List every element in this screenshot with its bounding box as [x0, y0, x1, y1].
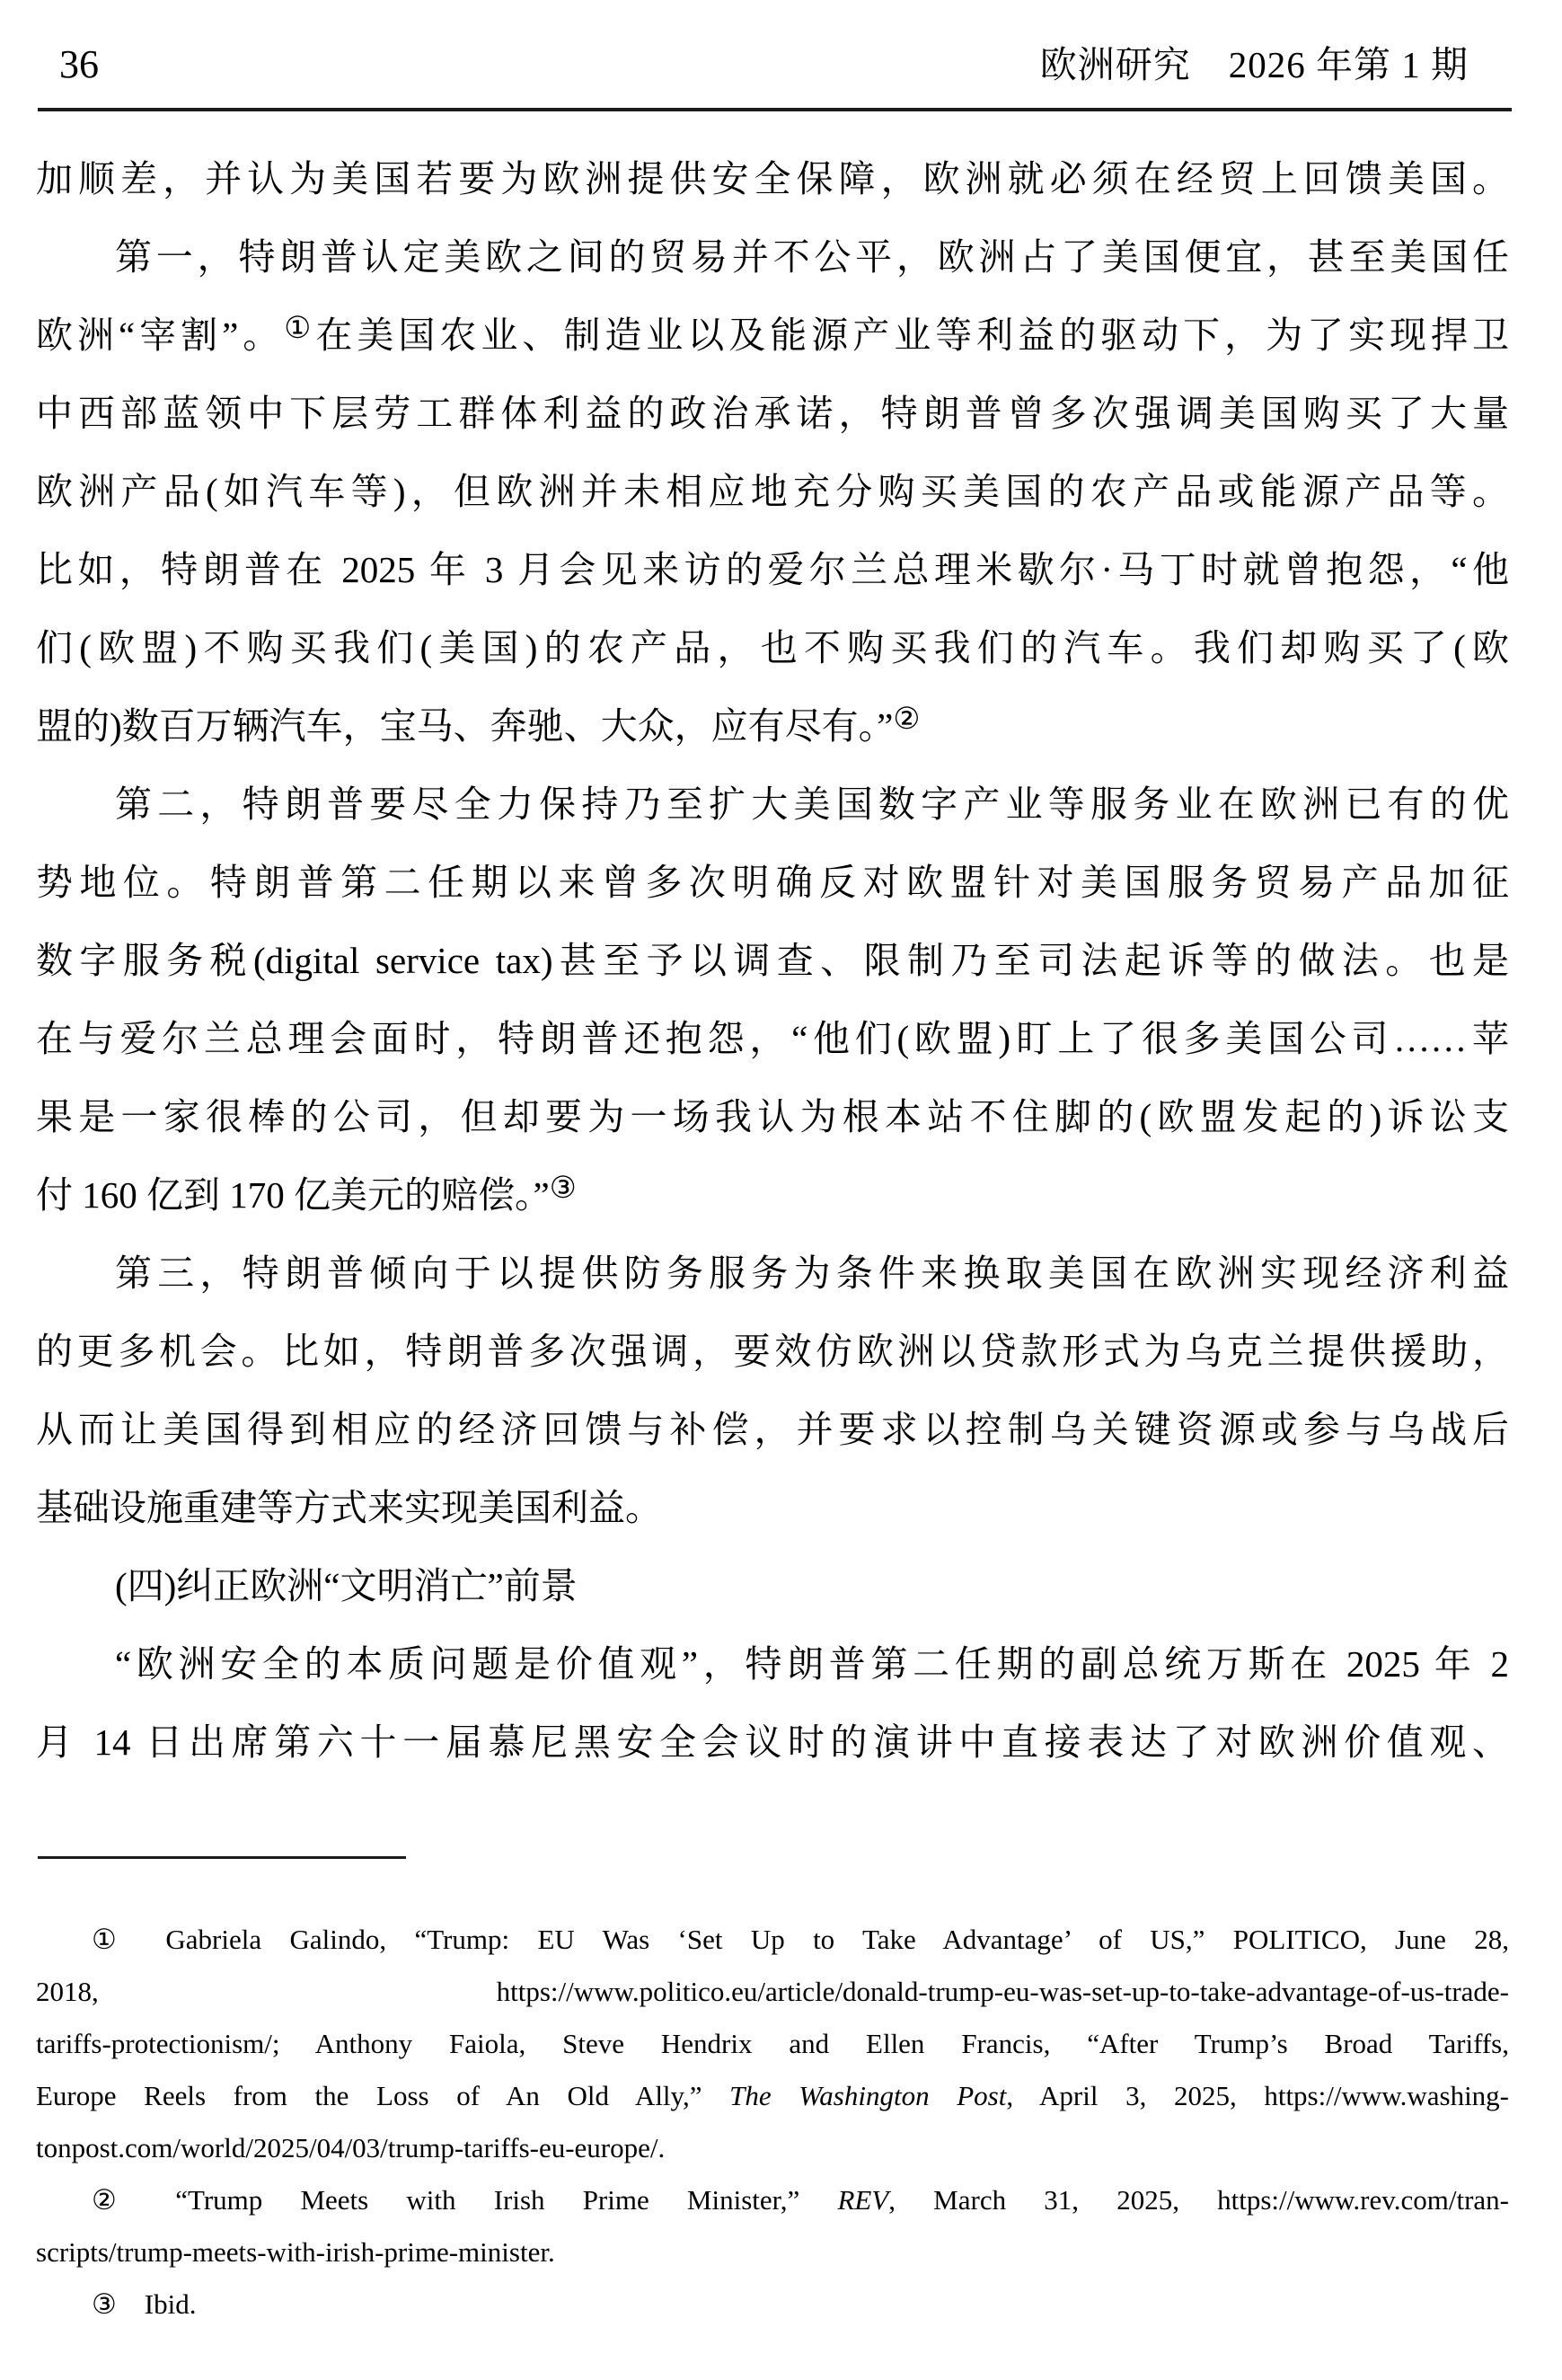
body-line: 第三，特朗普倾向于以提供防务服务为条件来换取美国在欧洲实现经济利益 — [36, 1234, 1509, 1313]
body-line: 盟的)数百万辆汽车，宝马、奔驰、大众，应有尽有。”② — [36, 687, 1509, 765]
body-line: “欧洲安全的本质问题是价值观”，特朗普第二任期的副总统万斯在 2025 年 2 — [36, 1625, 1509, 1703]
footnote-text: tonpost.com/world/2025/04/03/trump-tarif… — [36, 2132, 665, 2163]
footnote-text: ③ Ibid. — [92, 2288, 196, 2320]
footnote-line: scripts/trump-meets-with-irish-prime-min… — [36, 2226, 1509, 2278]
footnote-text: ② “Trump Meets with Irish Prime Minister… — [92, 2184, 837, 2216]
body-line: 第一，特朗普认定美欧之间的贸易并不公平，欧洲占了美国便宜，甚至美国任 — [36, 218, 1509, 296]
document-page: 36 欧洲研究 2026 年第 1 期 加顺差，并认为美国若要为欧洲提供安全保障… — [0, 0, 1562, 2380]
header-rule — [38, 108, 1512, 111]
body-line: 从而让美国得到相应的经济回馈与补偿，并要求以控制乌关键资源或参与乌战后 — [36, 1391, 1509, 1469]
body-line: 果是一家很棒的公司，但却要为一场我认为根本站不住脚的(欧盟发起的)诉讼支 — [36, 1078, 1509, 1156]
footnote-line: ③ Ibid. — [36, 2278, 1509, 2331]
italic-source-title: The Washington Post — [729, 2080, 1006, 2111]
journal-header: 欧洲研究 2026 年第 1 期 — [1040, 43, 1469, 86]
footnote-reference-mark: ① — [284, 312, 315, 345]
footnote-text: tariffs-protectionism/; Anthony Faiola, … — [36, 2028, 1509, 2059]
body-line: 第二，特朗普要尽全力保持乃至扩大美国数字产业等服务业在欧洲已有的优 — [36, 765, 1509, 844]
body-line: (四)纠正欧洲“文明消亡”前景 — [36, 1547, 1509, 1625]
article-body: 加顺差，并认为美国若要为欧洲提供安全保障，欧洲就必须在经贸上回馈美国。第一，特朗… — [36, 140, 1509, 1782]
footnote-line: tonpost.com/world/2025/04/03/trump-tarif… — [36, 2122, 1509, 2174]
footnote-line: tariffs-protectionism/; Anthony Faiola, … — [36, 2018, 1509, 2070]
body-line: 基础设施重建等方式来实现美国利益。 — [36, 1469, 1509, 1547]
body-line: 比如，特朗普在 2025 年 3 月会见来访的爱尔兰总理米歇尔·马丁时就曾抱怨，… — [36, 531, 1509, 609]
body-line: 的更多机会。比如，特朗普多次强调，要效仿欧洲以贷款形式为乌克兰提供援助， — [36, 1313, 1509, 1391]
footnote-text: ① Gabriela Galindo, “Trump: EU Was ‘Set … — [92, 1924, 1509, 1955]
footnote-text: 2018, https://www.politico.eu/article/do… — [36, 1976, 1509, 2007]
body-line: 在与爱尔兰总理会面时，特朗普还抱怨，“他们(欧盟)盯上了很多美国公司……苹 — [36, 1000, 1509, 1078]
body-line: 加顺差，并认为美国若要为欧洲提供安全保障，欧洲就必须在经贸上回馈美国。 — [36, 140, 1509, 218]
footnote-text: Europe Reels from the Loss of An Old All… — [36, 2080, 729, 2111]
page-number: 36 — [59, 43, 99, 86]
footnote-text: , April 3, 2025, https://www.washing- — [1006, 2080, 1509, 2111]
body-line: 欧洲“宰割”。①在美国农业、制造业以及能源产业等利益的驱动下，为了实现捍卫 — [36, 296, 1509, 375]
body-line: 们(欧盟)不购买我们(美国)的农产品，也不购买我们的汽车。我们却购买了(欧 — [36, 609, 1509, 687]
body-line: 付 160 亿到 170 亿美元的赔偿。”③ — [36, 1156, 1509, 1234]
body-line: 中西部蓝领中下层劳工群体利益的政治承诺，特朗普曾多次强调美国购买了大量 — [36, 375, 1509, 453]
footnotes-section: ① Gabriela Galindo, “Trump: EU Was ‘Set … — [36, 1914, 1509, 2331]
italic-source-title: REV — [837, 2184, 888, 2216]
footnote-line: 2018, https://www.politico.eu/article/do… — [36, 1966, 1509, 2018]
footnote-reference-mark: ③ — [550, 1172, 577, 1205]
footnote-text: , March 31, 2025, https://www.rev.com/tr… — [888, 2184, 1509, 2216]
footnote-line: ① Gabriela Galindo, “Trump: EU Was ‘Set … — [36, 1914, 1509, 1966]
body-line: 势地位。特朗普第二任期以来曾多次明确反对欧盟针对美国服务贸易产品加征 — [36, 844, 1509, 922]
footnote-line: ② “Trump Meets with Irish Prime Minister… — [36, 2174, 1509, 2226]
footnote-text: scripts/trump-meets-with-irish-prime-min… — [36, 2236, 555, 2268]
body-line: 数字服务税(digital service tax)甚至予以调查、限制乃至司法起… — [36, 922, 1509, 1000]
body-line: 月 14 日出席第六十一届慕尼黑安全会议时的演讲中直接表达了对欧洲价值观、 — [36, 1703, 1509, 1782]
body-line: 欧洲产品(如汽车等)，但欧洲并未相应地充分购买美国的农产品或能源产品等。 — [36, 453, 1509, 531]
footnote-line: Europe Reels from the Loss of An Old All… — [36, 2070, 1509, 2122]
footnote-reference-mark: ② — [893, 703, 920, 736]
footnote-divider — [38, 1856, 406, 1859]
